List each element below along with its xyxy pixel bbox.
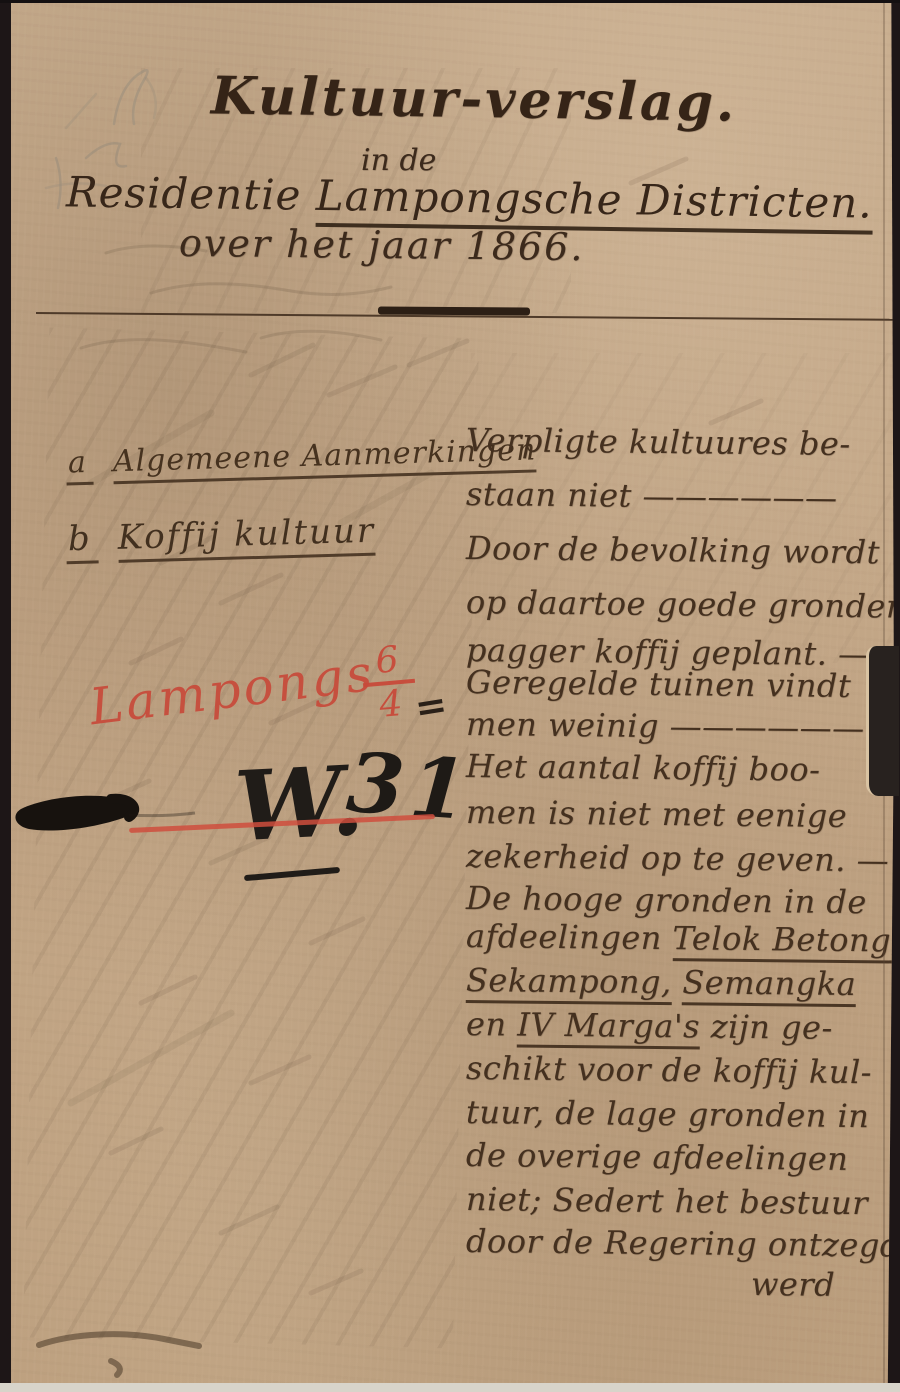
underlined-place-name: IV Marga's [517,1006,700,1050]
underlined-place-name: Telok Betong, [672,919,900,963]
paper-sheet: Kultuur-verslag. in de Residentie Lampon… [11,3,894,1383]
body-line: en IV Marga's zijn ge- [466,1005,833,1047]
outline-item-b: bKoffij kultuur [65,511,375,565]
divider-thick-segment [378,306,530,315]
equals-sign: = [412,681,450,730]
document-title: Kultuur-verslag. [211,65,738,133]
underlined-place-name: Sekampong, [466,961,672,1005]
body-line: men weinig —————— [466,705,865,747]
scanned-document-page: Kultuur-verslag. in de Residentie Lampon… [0,0,900,1392]
body-line: Het aantal koffij boo- [466,747,821,789]
body-line: De hooge gronden in de [466,879,867,921]
body-line: men is niet met eenige [466,793,848,835]
outline-label-a: a [66,445,94,486]
residency-prefix: Residentie [66,167,316,219]
year-line: over het jaar 1866. [179,221,585,269]
body-line-closing: werd [751,1265,836,1304]
scan-edge-bottom [0,1383,900,1392]
body-line: tuur, de lage gronden in [466,1093,870,1135]
body-line: Door de bevolking wordt [466,529,880,571]
body-line: staan niet —————— [466,475,838,517]
ink-blot [11,783,201,853]
body-line: Geregelde tuinen vindt [466,663,852,705]
fraction-numerator: 6 [360,641,415,687]
body-line: Sekampong, Semangka [466,961,857,1003]
body-line: Verpligte kultuures be- [466,421,851,463]
body-line: afdeelingen Telok Betong, [466,917,900,960]
underlined-place-name: Semangka [682,963,856,1007]
body-line: door de Regering ontzegd [466,1222,900,1265]
outline-heading-b: Koffij kultuur [117,511,376,563]
body-line: zekerheid op te geven. — [466,837,890,879]
outline-label-b: b [65,518,98,564]
body-line: niet; Sedert het bestuur [466,1180,868,1222]
scan-edge-top [0,0,900,3]
body-line: schikt voor de koffij kul- [466,1049,872,1091]
body-line: de overige afdeelingen [466,1136,849,1178]
archive-number: 31 [344,735,477,840]
paper-edge-notch [866,646,899,796]
body-line: op daartoe goede gronden, [466,583,900,626]
red-annotation-fraction: 6 4 [360,641,419,725]
fraction-denominator: 4 [363,683,418,725]
